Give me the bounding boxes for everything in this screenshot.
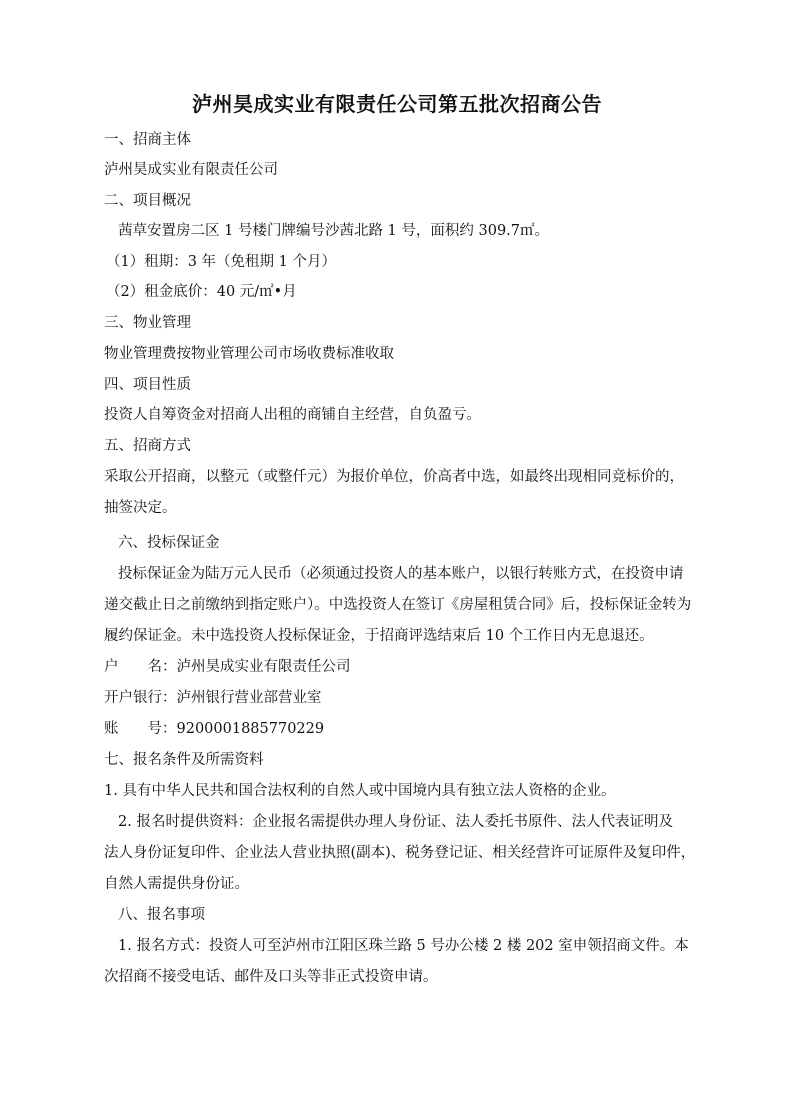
- text-line: 履约保证金。未中选投资人投标保证金，于招商评选结束后 10 个工作日内无息退还。: [104, 626, 654, 646]
- text-line: （1）租期：3 年（免租期 1 个月）: [106, 252, 336, 272]
- text-line: 抽签决定。: [104, 498, 177, 518]
- text-line: 1. 具有中华人民共和国合法权利的自然人或中国境内具有独立法人资格的企业。: [104, 781, 615, 801]
- document-page: 泸州昊成实业有限责任公司第五批次招商公告 一、招商主体泸州昊成实业有限责任公司二…: [0, 0, 794, 1108]
- text-line: 四、项目性质: [104, 375, 191, 395]
- text-line: 一、招商主体: [104, 130, 191, 150]
- document-title: 泸州昊成实业有限责任公司第五批次招商公告: [0, 88, 794, 117]
- text-line: 投标保证金为陆万元人民币（必须通过投资人的基本账户，以银行转账方式，在投资申请: [118, 564, 684, 584]
- text-line: 泸州昊成实业有限责任公司: [104, 160, 278, 180]
- text-line: 三、物业管理: [104, 313, 191, 333]
- text-line: （2）租金底价：40 元/㎡•月: [106, 282, 297, 302]
- text-line: 1. 报名方式：投资人可至泸州市江阳区珠兰路 5 号办公楼 2 楼 202 室申…: [118, 936, 689, 956]
- text-line: 五、招商方式: [104, 436, 191, 456]
- text-line: 户 名：泸州昊成实业有限责任公司: [104, 657, 351, 677]
- text-line: 八、报名事项: [118, 905, 205, 925]
- text-line: 采取公开招商，以整元（或整仟元）为报价单位，价高者中选，如最终出现相同竞标价的，: [104, 467, 684, 487]
- text-line: 二、项目概况: [104, 191, 191, 211]
- text-line: 茜草安置房二区 1 号楼门牌编号沙茜北路 1 号，面积约 309.7㎡。: [118, 221, 549, 241]
- text-line: 2. 报名时提供资料：企业报名需提供办理人身份证、法人委托书原件、法人代表证明及: [118, 812, 673, 832]
- text-line: 六、投标保证金: [118, 533, 220, 553]
- text-line: 账 号：9200001885770229: [104, 719, 324, 739]
- text-line: 开户银行：泸州银行营业部营业室: [104, 688, 322, 708]
- text-line: 七、报名条件及所需资料: [104, 750, 264, 770]
- text-line: 法人身份证复印件、企业法人营业执照(副本)、税务登记证、相关经营许可证原件及复印…: [104, 843, 695, 863]
- text-line: 自然人需提供身份证。: [104, 874, 249, 894]
- text-line: 物业管理费按物业管理公司市场收费标准收取: [104, 344, 394, 364]
- text-line: 递交截止日之前缴纳到指定账户）。中选投资人在签订《房屋租赁合同》后，投标保证金转…: [104, 595, 691, 615]
- text-line: 次招商不接受电话、邮件及口头等非正式投资申请。: [104, 967, 438, 987]
- text-line: 投资人自筹资金对招商人出租的商铺自主经营，自负盈亏。: [104, 405, 481, 425]
